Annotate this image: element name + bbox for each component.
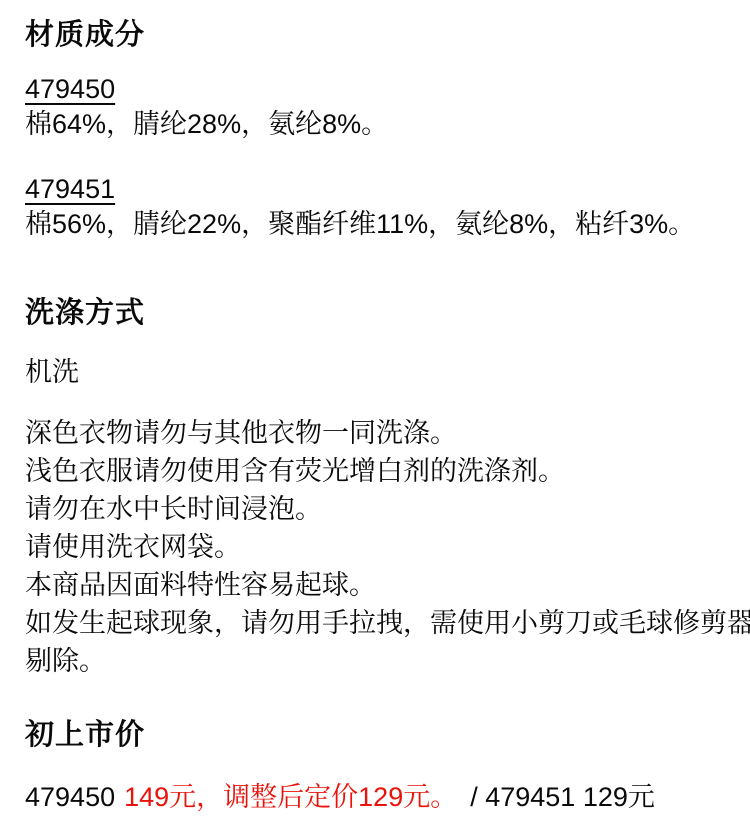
material-product-block-1: 479450 棉64%，腈纶28%，氨纶8%。 bbox=[25, 72, 726, 142]
section-title-material: 材质成分 bbox=[25, 16, 726, 54]
price-rest-text: / 479451 129元 bbox=[470, 782, 655, 812]
price-line: 479450149元，调整后定价129元。/ 479451 129元 bbox=[25, 778, 726, 816]
price-red-text: 149元，调整后定价129元。 bbox=[124, 782, 457, 812]
product-code-479450: 479450 bbox=[25, 72, 726, 106]
wash-instructions-list: 深色衣物请勿与其他衣物一同洗涤。 浅色衣服请勿使用含有荧光增白剂的洗涤剂。 请勿… bbox=[25, 414, 726, 680]
wash-instruction-line: 浅色衣服请勿使用含有荧光增白剂的洗涤剂。 bbox=[25, 452, 726, 490]
product-composition-479450: 棉64%，腈纶28%，氨纶8%。 bbox=[25, 106, 726, 142]
section-title-price: 初上市价 bbox=[25, 716, 726, 754]
wash-instruction-line: 请使用洗衣网袋。 bbox=[25, 528, 726, 566]
material-product-block-2: 479451 棉56%，腈纶22%，聚酯纤维11%，氨纶8%，粘纤3%。 bbox=[25, 172, 726, 242]
product-code-479451: 479451 bbox=[25, 172, 726, 206]
wash-instruction-line: 深色衣物请勿与其他衣物一同洗涤。 bbox=[25, 414, 726, 452]
price-product-code-479450: 479450 bbox=[25, 782, 115, 812]
wash-instruction-line: 请勿在水中长时间浸泡。 bbox=[25, 490, 726, 528]
product-detail-page: 材质成分 479450 棉64%，腈纶28%，氨纶8%。 479451 棉56%… bbox=[0, 0, 750, 833]
wash-instruction-line: 本商品因面料特性容易起球。 bbox=[25, 566, 726, 604]
wash-instruction-line: 如发生起球现象，请勿用手拉拽，需使用小剪刀或毛球修剪器 bbox=[25, 604, 726, 642]
product-composition-479451: 棉56%，腈纶22%，聚酯纤维11%，氨纶8%，粘纤3%。 bbox=[25, 206, 726, 242]
wash-method: 机洗 bbox=[25, 354, 726, 390]
wash-instruction-line: 剔除。 bbox=[25, 642, 726, 680]
section-title-washing: 洗涤方式 bbox=[25, 294, 726, 332]
